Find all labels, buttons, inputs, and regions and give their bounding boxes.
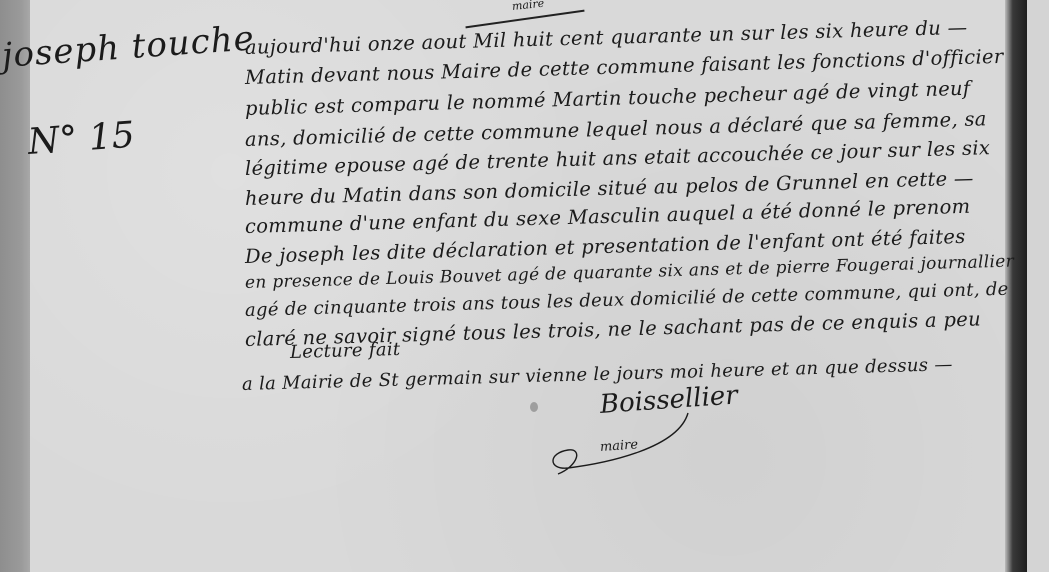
book-binding-shadow bbox=[0, 0, 30, 572]
reading-note: Lecture fait bbox=[290, 339, 401, 363]
ink-blot bbox=[530, 402, 538, 412]
signature-flourish bbox=[548, 408, 698, 478]
margin-entry-number: N° 15 bbox=[27, 115, 136, 163]
